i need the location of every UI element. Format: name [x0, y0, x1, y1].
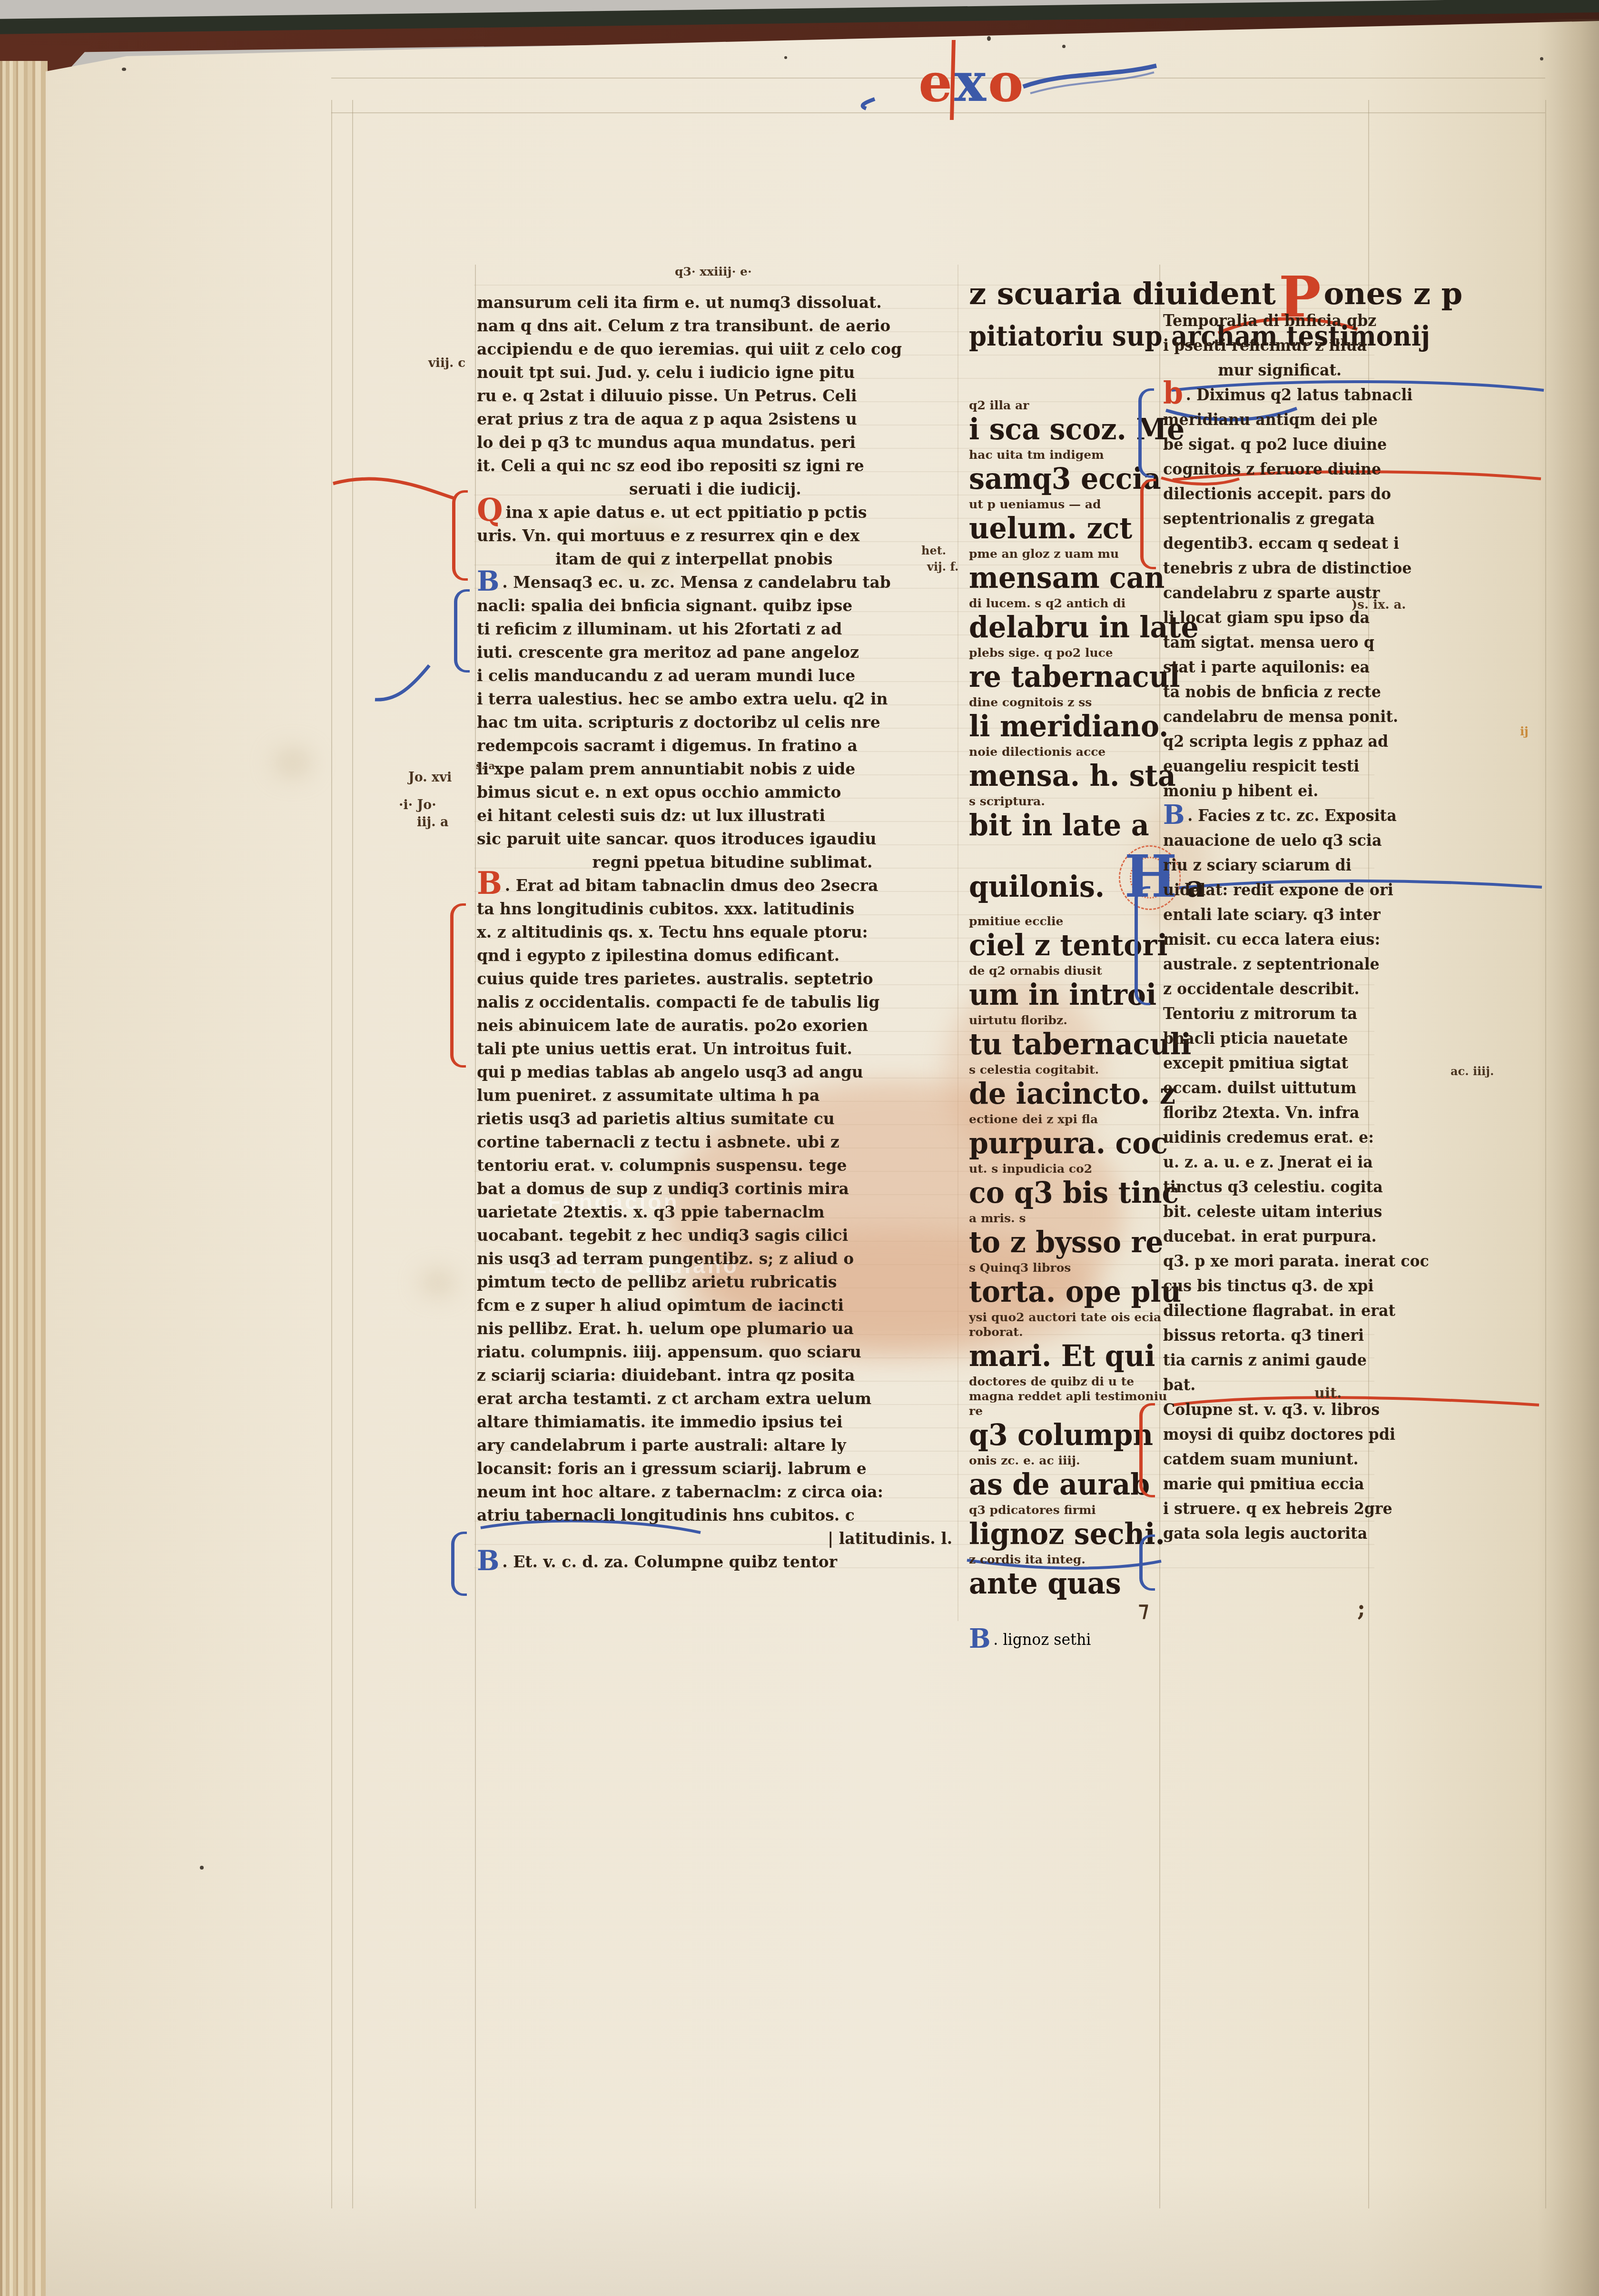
gloss-line: Qina x apie datus e. ut ect ppitiatio p …	[477, 501, 957, 525]
gloss-line: mansurum celi ita firm e. ut numq3 disso…	[477, 291, 957, 315]
gloss-line: tentoriu erat. v. columpnis suspensu. te…	[477, 1154, 957, 1178]
margin-note: vij. f.	[927, 560, 958, 574]
bible-text-block: di lucem. s q2 antich didelabru in late	[969, 596, 1178, 644]
gloss-line: marie qui pmitiua eccia	[1163, 1472, 1360, 1496]
gloss-line: li locat giam spu ipso da	[1163, 605, 1360, 630]
gloss-line: cognitois z feruore diuine	[1163, 457, 1360, 482]
gloss-line: ru e. q 2stat i diluuio pisse. Un Petrus…	[477, 385, 957, 408]
bible-text-line: z scuaria diuidentPones z p	[969, 276, 1359, 312]
gloss-line: catdem suam muniunt.	[1163, 1447, 1360, 1472]
gloss-line: ta hns longitudinis cubitos. xxx. latitu…	[477, 898, 957, 921]
bible-text-line: mari. Et qui	[969, 1339, 1170, 1373]
interlinear-gloss: s celestia cogitabit.	[969, 1062, 1178, 1077]
gloss-line: dilectionis accepit. pars do	[1163, 482, 1360, 506]
gloss-line: bit. celeste uitam interius	[1163, 1199, 1360, 1224]
gloss-line: Tentoriu z mitrorum ta	[1163, 1001, 1360, 1026]
bible-text-block: s Quinq3 librostorta. ope plu	[969, 1260, 1178, 1309]
gloss-line: ei hitant celesti suis dz: ut lux illust…	[477, 804, 957, 828]
bible-text-block: dine cognitois z ssli meridiano.	[969, 695, 1178, 743]
ruling-vline	[352, 100, 353, 2208]
initial-letter: B	[477, 565, 502, 597]
bible-text-block: uirtutu floribz.tu tabernaculi	[969, 1013, 1178, 1061]
margin-note: q3· xxiiij· e·	[675, 265, 752, 278]
gloss-line: entali late sciary. q3 inter	[1163, 902, 1360, 927]
gloss-line: australe. z septentrionale	[1163, 952, 1360, 977]
bible-text-line: delabru in late	[969, 611, 1170, 644]
bible-text-block: ectione dei z xpi flapurpura. coc	[969, 1112, 1178, 1160]
interlinear-gloss: uirtutu floribz.	[969, 1013, 1178, 1028]
gloss-line: B. lignoz sethi	[969, 1627, 1170, 1652]
paraph-bracket	[1138, 388, 1154, 478]
gloss-line: atriu tabernacli longitudinis hns cubito…	[477, 1504, 957, 1527]
gloss-line: candelabru de mensa ponit.	[1163, 704, 1360, 729]
bible-text-line: purpura. coc	[969, 1127, 1170, 1160]
running-title-letter: o	[988, 51, 1026, 114]
gloss-line: B. Erat ad bitam tabnaclin dmus deo 2sec…	[477, 874, 957, 898]
stain	[274, 750, 312, 776]
gloss-line: tenebris z ubra de distinctioe	[1163, 556, 1360, 581]
gloss-line: B. Facies z tc. zc. Exposita	[1163, 803, 1360, 828]
gloss-line: degentib3. eccam q sedeat i	[1163, 531, 1360, 556]
gloss-line: sic paruit uite sancar. quos itroduces i…	[477, 828, 957, 851]
bible-text-line: mensam can	[969, 561, 1170, 595]
gloss-line: meridianu antiqm dei ple	[1163, 407, 1360, 432]
gloss-line: bissus retorta. q3 tineri	[1163, 1323, 1360, 1348]
gloss-line: gata sola legis auctorita	[1163, 1521, 1360, 1546]
gloss-line: neum int hoc altare. z tabernaclm: z cir…	[477, 1481, 957, 1504]
gloss-line: nacli: spalia dei bnficia signant. quibz…	[477, 594, 957, 618]
bible-text-block: ysi quo2 auctori tate ois ecia roborat.m…	[969, 1310, 1178, 1373]
bible-text-line: to z bysso re	[969, 1226, 1170, 1259]
gloss-line: seruati i die iudicij.	[477, 478, 957, 501]
gloss-line: altare thimiamatis. ite immedio ipsius t…	[477, 1411, 957, 1434]
gloss-line: tali pte unius uettis erat. Un introitus…	[477, 1038, 957, 1061]
gloss-line: regni ppetua bitudine sublimat.	[477, 851, 957, 874]
interlinear-gloss: ectione dei z xpi fla	[969, 1112, 1178, 1127]
ruling-vline	[331, 100, 332, 2208]
stain	[421, 1272, 454, 1294]
ink-speck	[122, 68, 126, 71]
gloss-line: rietis usq3 ad parietis altius sumitate …	[477, 1108, 957, 1131]
right-gloss-column: Temporalia di bnficia qbzi psenti refici…	[1163, 308, 1368, 1546]
gloss-line: pimtum tecto de pellibz arietu rubricati…	[477, 1271, 957, 1294]
gloss-line: i struere. q ex hebreis 2gre	[1163, 1496, 1360, 1521]
gloss-line: riatu. columpnis. iiij. appensum. quo sc…	[477, 1341, 957, 1364]
initial-letter: B	[477, 865, 505, 901]
gloss-line: tam sigtat. mensa uero q	[1163, 630, 1360, 655]
margin-note: Jo. xvi	[408, 770, 452, 785]
interlinear-gloss: s scriptura.	[969, 794, 1178, 809]
gloss-line: accipiendu e de quo ieremias. qui uiit z…	[477, 338, 957, 361]
gloss-line: li xpe palam prem annuntiabit nobis z ui…	[477, 758, 957, 781]
gloss-line: excepit pmitiua sigtat	[1163, 1051, 1360, 1076]
bible-text-block: s celestia cogitabit.de iacincto. z	[969, 1062, 1178, 1111]
bible-text-line: re tabernacul	[969, 660, 1170, 694]
gloss-line: floribz 2texta. Vn. infra	[1163, 1100, 1360, 1125]
initial-letter: Q	[477, 492, 505, 528]
gloss-line: | latitudinis. l.	[477, 1527, 957, 1551]
bible-text-block: a mris. sto z bysso re	[969, 1211, 1178, 1259]
gloss-line: stat i parte aquilonis: ea	[1163, 655, 1360, 680]
gloss-line: b. Diximus q2 latus tabnacli	[1163, 383, 1360, 407]
gloss-line: fcm e z super h aliud opimtum de iacinct…	[477, 1294, 957, 1317]
margin-note: uit.	[1314, 1385, 1342, 1402]
gloss-line: cus bis tinctus q3. de xpi	[1163, 1274, 1360, 1298]
gloss-line: cuius quide tres parietes. australis. se…	[477, 968, 957, 991]
gloss-line: eccam. duilst uittutum	[1163, 1076, 1360, 1100]
gloss-line: nalis z occidentalis. compacti fe de tab…	[477, 991, 957, 1014]
interlinear-gloss: dine cognitois z ss	[969, 695, 1178, 710]
gloss-line: qnd i egypto z ipilestina domus edifican…	[477, 944, 957, 968]
initial-letter: B	[969, 1623, 993, 1654]
interlinear-gloss: q3 pdicatores firmi	[969, 1503, 1178, 1517]
manuscript-photo: { "palette":{"ink":"#2f2013","big_ink":"…	[0, 0, 1599, 2296]
gloss-line: ti reficim z illuminam. ut his 2fortati …	[477, 618, 957, 641]
gloss-line: iuti. crescente gra meritoz ad pane ange…	[477, 641, 957, 664]
gloss-line: moysi di quibz doctores pdi	[1163, 1422, 1360, 1447]
interlinear-gloss: ut. s inpudicia co2	[969, 1161, 1178, 1176]
running-title-letter: e	[918, 51, 954, 114]
gloss-line: be sigat. q po2 luce diuine	[1163, 432, 1360, 457]
bible-text-line: torta. ope plu	[969, 1275, 1170, 1309]
gloss-line: mur significat.	[1163, 358, 1360, 383]
running-title-letter: x	[954, 51, 988, 114]
ink-speck	[1540, 57, 1543, 60]
margin-note: viij. c	[428, 356, 465, 370]
gloss-line: uris. Vn. qui mortuus e z resurrex qin e…	[477, 525, 957, 548]
ink-speck	[200, 1866, 204, 1870]
ruling-vline	[475, 265, 476, 2208]
margin-note: ;	[1357, 1595, 1365, 1621]
gloss-line: cortine tabernacli z tectu i asbnete. ub…	[477, 1131, 957, 1154]
initial-letter: b	[1163, 375, 1186, 410]
ruling-vline	[1545, 100, 1546, 2208]
gloss-line: z occidentale describit.	[1163, 977, 1360, 1001]
gloss-line: septentrionalis z gregata	[1163, 506, 1360, 531]
bible-text-line: mensa. h. sta	[969, 759, 1170, 793]
gloss-line: erat archa testamti. z ct archam extra u…	[477, 1387, 957, 1411]
gloss-line: i celis manducandu z ad ueram mundi luce	[477, 664, 957, 688]
gloss-line: q2 scripta legis z pphaz ad	[1163, 729, 1360, 754]
bible-text-line: li meridiano.	[969, 710, 1170, 743]
gloss-line: z sciarij sciaria: diuidebant. intra qz …	[477, 1364, 957, 1387]
paraph-bracket	[452, 490, 468, 581]
ink-speck	[784, 56, 787, 59]
gloss-line: i psenti reficimur z illua	[1163, 333, 1360, 358]
page-stack-fore-edge	[0, 61, 48, 2296]
paraph-bracket	[450, 903, 466, 1068]
gloss-line: q3. p xe mori parata. inerat coc	[1163, 1249, 1360, 1274]
interlinear-gloss: noie dilectionis acce	[969, 744, 1178, 759]
gloss-line: erat prius z tra de aqua z p aqua 2siste…	[477, 408, 957, 431]
initial-letter: B	[477, 1544, 502, 1577]
gloss-line: bat a domus de sup z undiq3 cortinis mir…	[477, 1178, 957, 1201]
gloss-line: bimus sicut e. n ext opus occhio ammicto	[477, 781, 957, 804]
running-title-exo: exo	[918, 51, 1026, 114]
page-bottom-shadow	[46, 2170, 1599, 2296]
bible-text-block: noie dilectionis accemensa. h. sta	[969, 744, 1178, 793]
paraph-bracket	[451, 1532, 467, 1596]
gloss-line: lo dei p q3 tc mundus aqua mundatus. per…	[477, 431, 957, 455]
interlinear-gloss: a mris. s	[969, 1211, 1178, 1226]
interlinear-gloss: s Quinq3 libros	[969, 1260, 1178, 1275]
margin-note: )s. ix. a.	[1352, 598, 1406, 612]
left-gloss-column: mansurum celi ita firm e. ut numq3 disso…	[477, 291, 972, 1574]
paraph-bracket	[1139, 1403, 1155, 1497]
margin-note: ij	[1520, 724, 1529, 738]
gloss-line: nis usq3 ad terram pungentibz. s; z aliu…	[477, 1247, 957, 1271]
paraph-bracket	[1139, 1534, 1155, 1591]
interlinear-gloss: plebs sige. q po2 luce	[969, 645, 1178, 660]
bible-text-line: de iacincto. z	[969, 1077, 1170, 1111]
gloss-line: lum pueniret. z assumitate ultima h pa	[477, 1084, 957, 1108]
gloss-line: uidelat: redit expone de ori	[1163, 878, 1360, 902]
gloss-line: redempcois sacramt i digemus. In fratino…	[477, 734, 957, 758]
gloss-line: bnacli pticia nauetate	[1163, 1026, 1360, 1051]
gloss-line: itam de qui z interpellat pnobis	[477, 548, 957, 571]
bible-text-line: tu tabernaculi	[969, 1028, 1170, 1061]
bible-text-block: ut. s inpudicia co2co q3 bis tinc	[969, 1161, 1178, 1210]
paraph-bracket	[1135, 886, 1150, 1005]
margin-note: iij. a	[417, 815, 449, 830]
gloss-line: moniu p hibent ei.	[1163, 779, 1360, 803]
margin-note: ac. iiij.	[1451, 1064, 1494, 1078]
gloss-line: x. z altitudinis qs. x. Tectu hns equale…	[477, 921, 957, 944]
margin-note: het.	[921, 544, 946, 557]
gloss-line: B. Mensaq3 ec. u. zc. Mensa z candelabru…	[477, 571, 957, 594]
paraph-bracket	[454, 589, 470, 673]
bible-text-line: co q3 bis tinc	[969, 1176, 1170, 1210]
margin-note: ⁊	[1138, 1597, 1149, 1622]
margin-note: s. a	[476, 760, 495, 772]
gloss-line: nauacione de uelo q3 scia	[1163, 828, 1360, 853]
gloss-line: ducebat. in erat purpura.	[1163, 1224, 1360, 1249]
gloss-line: ta nobis de bnficia z recte	[1163, 680, 1360, 704]
gloss-line: locansit: foris an i gressum sciarij. la…	[477, 1457, 957, 1481]
gloss-line: B. Et. v. c. d. za. Columpne quibz tento…	[477, 1551, 957, 1574]
page-right-shadow	[1537, 19, 1599, 2296]
gloss-line: hac tm uita. scripturis z doctoribz ul c…	[477, 711, 957, 734]
gloss-line: misit. cu ecca latera eius:	[1163, 927, 1360, 952]
gloss-line: nam q dns ait. Celum z tra transibunt. d…	[477, 315, 957, 338]
gloss-line: uidinis credemus erat. e:	[1163, 1125, 1360, 1150]
gloss-line: nouit tpt sui. Jud. y. celu i iudicio ig…	[477, 361, 957, 385]
gloss-line: nis pellibz. Erat. h. uelum ope plumario…	[477, 1317, 957, 1341]
bible-text-block: plebs sige. q po2 lucere tabernacul	[969, 645, 1178, 694]
gloss-line: candelabru z sparte austr	[1163, 581, 1360, 605]
gloss-line: dilectione flagrabat. in erat	[1163, 1298, 1360, 1323]
gloss-line: uarietate 2textis. x. q3 ppie tabernaclm	[477, 1201, 957, 1224]
gloss-line: tia carnis z animi gaude	[1163, 1348, 1360, 1373]
gloss-line: Temporalia di bnficia qbz	[1163, 308, 1360, 333]
gloss-line: uocabant. tegebit z hec undiq3 sagis cil…	[477, 1224, 957, 1247]
bible-text-block: s scriptura.bit in late a	[969, 794, 1178, 842]
ink-speck	[987, 36, 991, 41]
gloss-line: neis abinuicem late de auratis. po2o exo…	[477, 1014, 957, 1038]
interlinear-gloss: ysi quo2 auctori tate ois ecia roborat.	[969, 1310, 1178, 1339]
gloss-line: riu z sciary sciarum di	[1163, 853, 1360, 878]
ink-speck	[1062, 45, 1066, 48]
gloss-line: ary candelabrum i parte australi: altare…	[477, 1434, 957, 1457]
gloss-line: tinctus q3 celestiu. cogita	[1163, 1175, 1360, 1199]
margin-note: ·i· Jo·	[399, 798, 436, 812]
gloss-line: it. Celi a qui nc sz eod ibo repositi sz…	[477, 455, 957, 478]
gloss-line: euangeliu respicit testi	[1163, 754, 1360, 779]
initial-letter: B	[1163, 799, 1187, 831]
paraph-bracket	[1140, 479, 1156, 569]
gloss-line: i terra ualestius. hec se ambo extra uel…	[477, 688, 957, 711]
gloss-line: u. z. a. u. e z. Jnerat ei ia	[1163, 1150, 1360, 1175]
interlinear-gloss: di lucem. s q2 antich di	[969, 596, 1178, 611]
bible-text-line: bit in late a	[969, 809, 1170, 842]
gloss-line: qui p medias tablas ab angelo usq3 ad an…	[477, 1061, 957, 1084]
